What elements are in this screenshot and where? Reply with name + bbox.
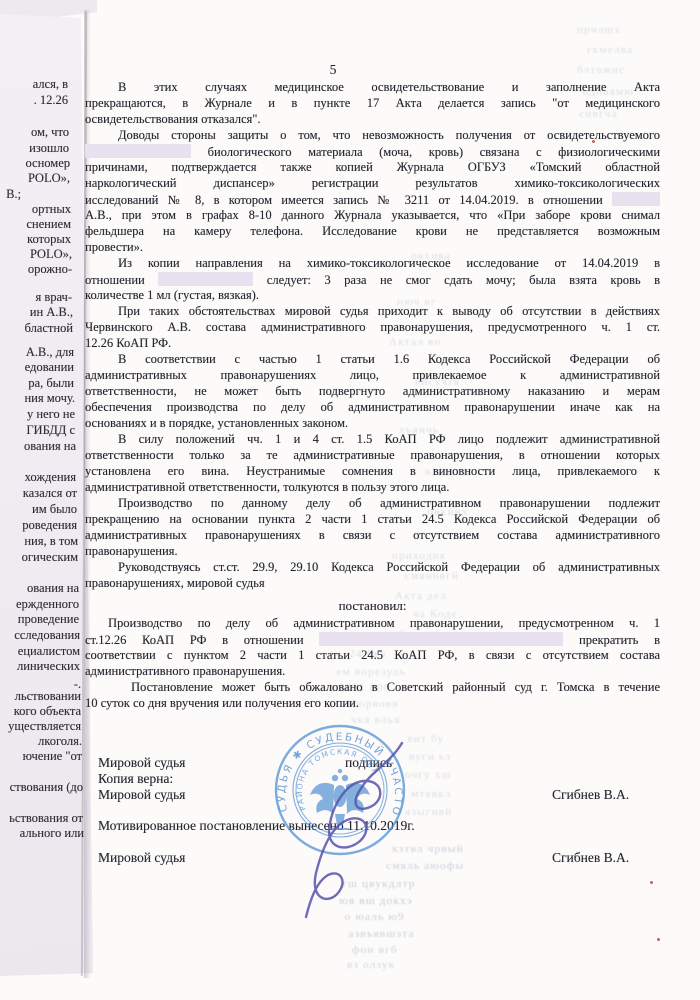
handwritten-signature (278, 733, 423, 928)
body-line: ответственности только за те администрат… (85, 448, 660, 464)
body-line: А.В., при этом в графах 8-10 данного Жур… (85, 208, 660, 224)
body-line: наркологический диспансер» регистрации р… (85, 176, 660, 192)
margin-fragment: ния, в том (0, 534, 78, 548)
body-line: 10 суток со дня вручения или получения е… (85, 696, 660, 712)
margin-fragment: изошло (0, 141, 69, 155)
body-line: Производство по данному делу об админист… (118, 496, 660, 512)
margin-fragment: кого объекта (0, 704, 81, 718)
body-line: прекращаются, в Журнале и в пункте 17 Ак… (85, 96, 660, 112)
body-line: соответствии с пунктом 2 части 1 статьи … (85, 648, 660, 664)
margin-fragment: едовании (0, 360, 74, 374)
margin-fragment: роведения (0, 518, 77, 532)
judge-title-2: Мировой судья (98, 787, 185, 803)
bleedthrough-text: азвъявшэта (348, 928, 414, 940)
body-line: Производство по делу об административном… (108, 616, 660, 632)
margin-fragment: ециалистом (0, 644, 80, 658)
margin-fragment: линических (0, 659, 80, 673)
margin-fragment: лкоголя. (0, 734, 82, 748)
body-line: 12.26 КоАП РФ. (85, 336, 660, 352)
margin-fragment: POLO», (0, 247, 72, 261)
body-line: административных правонарушениях в связи… (85, 528, 660, 544)
body-line: При таких обстоятельствах мировой судья … (118, 304, 660, 320)
margin-fragment: ования на (0, 581, 79, 595)
margin-fragment: ния мочу. (0, 391, 75, 405)
margin-fragment: у него не (0, 407, 75, 421)
body-line: количестве 1 мл (густая, вязкая). (85, 288, 660, 304)
margin-fragment: льствовании (0, 689, 81, 703)
body-line: биологического материала (моча, кровь) с… (85, 144, 660, 160)
margin-fragment: ального или (0, 826, 84, 840)
margin-fragment: В.; (0, 187, 21, 201)
body-line: отношении следует: 3 раза не смог сдать … (85, 272, 660, 288)
margin-fragment: ом, что (0, 125, 69, 139)
margin-fragment: им было (0, 502, 77, 516)
margin-fragment: сследования (0, 628, 80, 642)
body-line: Руководствуясь ст.ст. 29.9, 29.10 Кодекс… (118, 560, 660, 576)
body-line: основаниях и в порядке, установленных за… (85, 416, 660, 432)
ink-speck (650, 881, 653, 884)
bleedthrough-text: вз олзук (347, 959, 395, 971)
body-line: причинами, подтверждается также копией Ж… (85, 160, 660, 176)
body-line: провести». (85, 240, 660, 256)
margin-fragment: ствования (до (0, 780, 83, 794)
bleedthrough-text: прчлшх (577, 24, 621, 36)
judge-title-3: Мировой судья (98, 850, 185, 866)
margin-fragment: ортных (0, 202, 71, 216)
body-line: правонарушениях, мировой судья (85, 576, 660, 592)
body-line: освидетельствования отказался". (85, 112, 660, 128)
margin-fragment: хождения (0, 470, 76, 484)
page-number: 5 (322, 62, 344, 78)
margin-fragment: орожно- (0, 262, 72, 276)
body-line: Постановление может быть обжаловано в Со… (131, 680, 660, 696)
judge-name-2: Сгибнев В.А. (552, 850, 629, 866)
body-line: административного правонарушения. (85, 664, 660, 680)
margin-fragment: ьствования от (0, 811, 83, 825)
body-line: обеспечения производства по делу об адми… (85, 400, 660, 416)
margin-fragment: ГИБДД с (0, 423, 75, 437)
margin-fragment: уществляется (0, 719, 81, 733)
redaction-box (85, 144, 191, 158)
body-line: установлена его вина. Неустранимые сомне… (85, 464, 660, 480)
redaction-box (612, 192, 660, 206)
body-line: В соответствии с частью 1 статьи 1.6 Код… (118, 352, 660, 368)
redaction-box (158, 272, 253, 286)
margin-fragment: А.В., для (0, 345, 74, 359)
body-line: исследований № 8, в котором имеется запи… (85, 192, 660, 208)
body-line: фельдшера на камеру телефона. Исследован… (85, 224, 660, 240)
margin-fragment: ин А.В., (0, 305, 73, 319)
margin-fragment: осномер (0, 156, 70, 170)
body-line: административной ответственности, толкую… (85, 480, 660, 496)
bleedthrough-text: блтажис (577, 64, 625, 76)
ink-speck (657, 938, 660, 941)
body-line: В этих случаях медицинское освидетельств… (118, 80, 660, 96)
body-line: постановил: (85, 598, 660, 614)
body-line: административных правонарушениях лицо, п… (85, 368, 660, 384)
copy-correct-label: Копия верна: (98, 771, 173, 787)
margin-fragment: которых (0, 232, 71, 246)
margin-fragment: ючение "от (0, 749, 82, 763)
margin-fragment: проведение (0, 612, 79, 626)
margin-fragment: POLO», (0, 171, 70, 185)
body-line: Доводы стороны защиты о том, что невозмо… (118, 128, 660, 144)
margin-fragment: ования на (0, 439, 76, 453)
body-line: прекращению на основании пункта 2 части … (85, 512, 660, 528)
body-line: Из копии направления на химико-токсиколо… (118, 256, 660, 272)
scanned-court-ruling-page: { "page": { "number": "5", "ink": "#2424… (0, 0, 700, 1000)
margin-fragment: казался от (0, 486, 77, 500)
margin-fragment: бластной (0, 321, 73, 335)
body-line: ст.12.26 КоАП РФ в отношении прекратить … (85, 632, 660, 648)
margin-fragment: . 12.26 (0, 93, 68, 107)
signature-stroke (306, 743, 402, 917)
body-line: В силу положений чч. 1 и 4 ст. 1.5 КоАП … (118, 432, 660, 448)
body-line: ответственности, не может быть подвергну… (85, 384, 660, 400)
ink-speck (592, 140, 595, 143)
margin-fragment: снением (0, 217, 71, 231)
bleedthrough-text: гкмелва (587, 44, 633, 56)
body-line: правонарушения. (85, 544, 660, 560)
body-line: Червинского А.В. состава административно… (85, 320, 660, 336)
margin-fragment: я врач- (0, 290, 72, 304)
margin-fragment: огическим (0, 550, 78, 564)
bleedthrough-text: фон вгб (352, 944, 398, 956)
judge-title-1: Мировой судья (98, 755, 185, 771)
judge-name-1: Сгибнев В.А. (552, 787, 629, 803)
redaction-box (319, 632, 563, 646)
margin-fragment: ался, в (0, 77, 68, 91)
margin-fragment: ра, были (0, 376, 74, 390)
margin-fragment: ержденного (0, 597, 79, 611)
